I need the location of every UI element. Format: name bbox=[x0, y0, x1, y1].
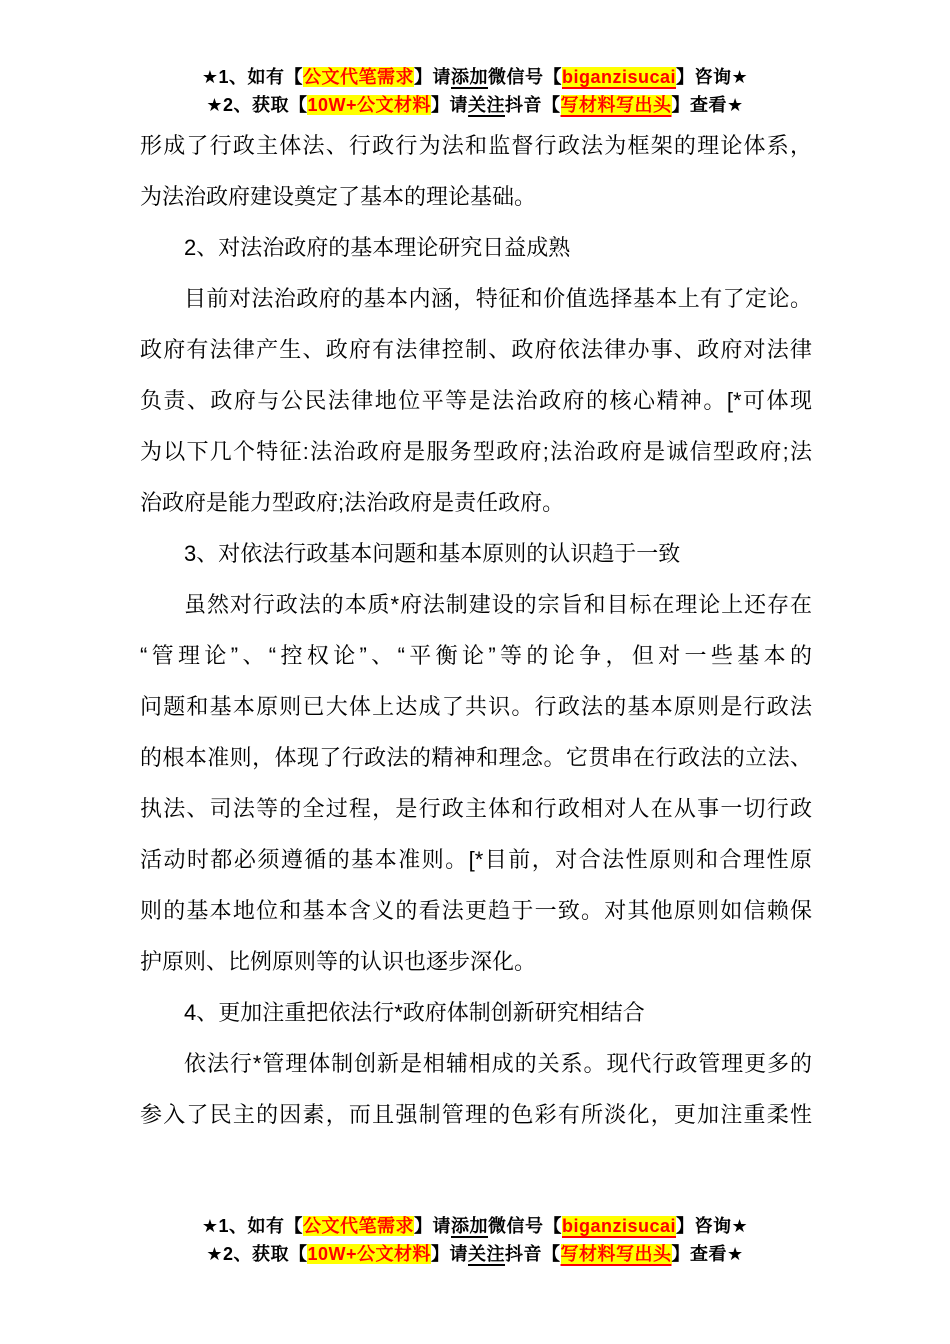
promo-underline-text: 关注 bbox=[468, 95, 505, 115]
promo-text: 抖音【 bbox=[505, 95, 561, 115]
promo-highlight-text: biganzisucai bbox=[562, 1216, 676, 1236]
promo-text: ★2、获取【 bbox=[206, 95, 307, 115]
promo-text: 】请 bbox=[431, 1244, 468, 1264]
promo-text: 】咨询★ bbox=[676, 67, 748, 87]
promo-line: ★2、获取【10W+公文材料】请关注抖音【写材料写出头】查看★ bbox=[0, 91, 950, 119]
document-line: 活动时都必须遵循的基本准则。[*目前，对合法性原则和合理性原 bbox=[140, 834, 812, 885]
promo-text: 】请 bbox=[414, 67, 451, 87]
promo-highlight-text: 写材料写出头 bbox=[561, 95, 672, 115]
document-line: 为法治政府建设奠定了基本的理论基础。 bbox=[140, 171, 812, 222]
promo-underline-text: 添加 bbox=[451, 67, 488, 87]
document-line: 执法、司法等的全过程，是行政主体和行政相对人在从事一切行政 bbox=[140, 783, 812, 834]
promo-banner-bottom: ★1、如有【公文代笔需求】请添加微信号【biganzisucai】咨询★★2、获… bbox=[0, 1212, 950, 1268]
promo-text: 】咨询★ bbox=[676, 1216, 748, 1236]
promo-underline-text: 添加 bbox=[451, 1216, 488, 1236]
promo-line: ★2、获取【10W+公文材料】请关注抖音【写材料写出头】查看★ bbox=[0, 1240, 950, 1268]
promo-text: 微信号【 bbox=[488, 1216, 562, 1236]
document-line: 目前对法治政府的基本内涵，特征和价值选择基本上有了定论。 bbox=[140, 273, 812, 324]
page: { "colors": { "accent_red": "#ff0000", "… bbox=[0, 0, 950, 1344]
promo-line: ★1、如有【公文代笔需求】请添加微信号【biganzisucai】咨询★ bbox=[0, 63, 950, 91]
document-line: 的根本准则，体现了行政法的精神和理念。它贯串在行政法的立法、 bbox=[140, 732, 812, 783]
document-body: 形成了行政主体法、行政行为法和监督行政法为框架的理论体系，为法治政府建设奠定了基… bbox=[140, 120, 812, 1140]
promo-highlight-text: 公文代笔需求 bbox=[303, 67, 414, 87]
promo-highlight-text: 写材料写出头 bbox=[561, 1244, 672, 1264]
promo-text: 微信号【 bbox=[488, 67, 562, 87]
promo-text: 】查看★ bbox=[672, 95, 744, 115]
promo-line: ★1、如有【公文代笔需求】请添加微信号【biganzisucai】咨询★ bbox=[0, 1212, 950, 1240]
document-line: 问题和基本原则已大体上达成了共识。行政法的基本原则是行政法 bbox=[140, 681, 812, 732]
document-line: 则的基本地位和基本含义的看法更趋于一致。对其他原则如信赖保 bbox=[140, 885, 812, 936]
document-line: 依法行*管理体制创新是相辅相成的关系。现代行政管理更多的 bbox=[140, 1038, 812, 1089]
document-line: 形成了行政主体法、行政行为法和监督行政法为框架的理论体系， bbox=[140, 120, 812, 171]
promo-highlight-text: 公文代笔需求 bbox=[303, 1216, 414, 1236]
promo-text: ★1、如有【 bbox=[202, 67, 303, 87]
document-line: “管理论”、“控权论”、“平衡论”等的论争，但对一些基本的 bbox=[140, 630, 812, 681]
document-line: 负责、政府与公民法律地位平等是法治政府的核心精神。[*可体现 bbox=[140, 375, 812, 426]
promo-highlight-text: biganzisucai bbox=[562, 67, 676, 87]
section-heading: 4、更加注重把依法行*政府体制创新研究相结合 bbox=[140, 987, 812, 1038]
promo-text: 】请 bbox=[431, 95, 468, 115]
document-line: 参入了民主的因素，而且强制管理的色彩有所淡化，更加注重柔性 bbox=[140, 1089, 812, 1140]
promo-text: ★2、获取【 bbox=[206, 1244, 307, 1264]
document-line: 政府有法律产生、政府有法律控制、政府依法律办事、政府对法律 bbox=[140, 324, 812, 375]
promo-highlight-text: 10W+公文材料 bbox=[307, 95, 431, 115]
promo-text: 】查看★ bbox=[672, 1244, 744, 1264]
document-line: 护原则、比例原则等的认识也逐步深化。 bbox=[140, 936, 812, 987]
section-heading: 3、对依法行政基本问题和基本原则的认识趋于一致 bbox=[140, 528, 812, 579]
promo-underline-text: 关注 bbox=[468, 1244, 505, 1264]
promo-banner-top: ★1、如有【公文代笔需求】请添加微信号【biganzisucai】咨询★★2、获… bbox=[0, 0, 950, 119]
promo-text: ★1、如有【 bbox=[202, 1216, 303, 1236]
promo-text: 】请 bbox=[414, 1216, 451, 1236]
document-line: 治政府是能力型政府;法治政府是责任政府。 bbox=[140, 477, 812, 528]
document-line: 虽然对行政法的本质*府法制建设的宗旨和目标在理论上还存在 bbox=[140, 579, 812, 630]
document-line: 为以下几个特征:法治政府是服务型政府;法治政府是诚信型政府;法 bbox=[140, 426, 812, 477]
promo-text: 抖音【 bbox=[505, 1244, 561, 1264]
promo-highlight-text: 10W+公文材料 bbox=[307, 1244, 431, 1264]
section-heading: 2、对法治政府的基本理论研究日益成熟 bbox=[140, 222, 812, 273]
